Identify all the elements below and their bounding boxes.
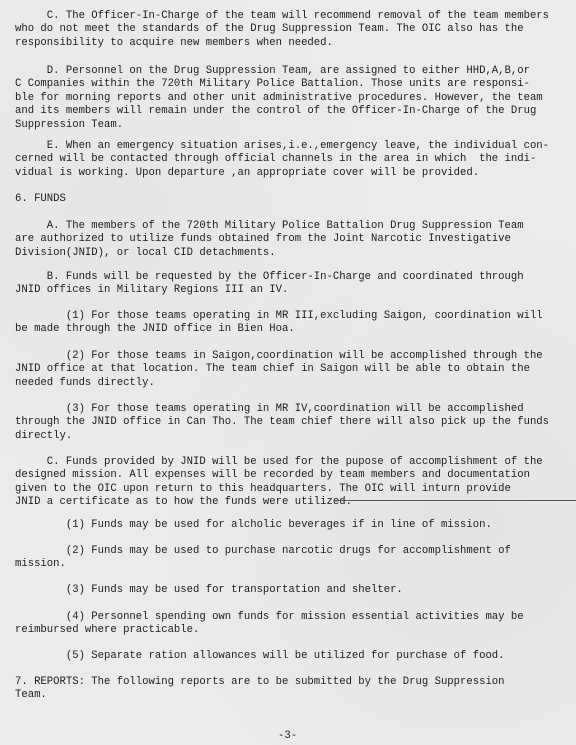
paragraph-6c: C. Funds provided by JNID will be used f…	[15, 456, 560, 510]
text-line: who do not meet the standards of the Dru…	[15, 23, 560, 36]
text-line: JNID a certificate as to how the funds w…	[15, 496, 560, 509]
section-heading: 6. FUNDS	[15, 193, 560, 206]
text-line: are authorized to utilize funds obtained…	[15, 233, 560, 246]
text-line: A. The members of the 720th Military Pol…	[15, 220, 560, 233]
text-line: (3) Funds may be used for transportation…	[15, 584, 560, 597]
paragraph-5c: C. The Officer-In-Charge of the team wil…	[15, 10, 560, 50]
text-line: E. When an emergency situation arises,i.…	[15, 140, 560, 153]
paragraph-6a: A. The members of the 720th Military Pol…	[15, 220, 560, 260]
text-line: directly.	[15, 430, 560, 443]
page-number: -3-	[278, 730, 297, 743]
text-line: reimbursed where practicable.	[15, 624, 560, 637]
text-line: C. Funds provided by JNID will be used f…	[15, 456, 560, 469]
text-line: through the JNID office in Can Tho. The …	[15, 416, 560, 429]
text-line: C Companies within the 720th Military Po…	[15, 78, 560, 91]
text-line: C. The Officer-In-Charge of the team wil…	[15, 10, 560, 23]
paragraph-6c5: (5) Separate ration allowances will be u…	[15, 650, 560, 663]
text-line: B. Funds will be requested by the Office…	[15, 271, 560, 284]
paragraph-6b1: (1) For those teams operating in MR III,…	[15, 310, 560, 337]
text-line: mission.	[15, 558, 560, 571]
document-page: C. The Officer-In-Charge of the team wil…	[0, 0, 576, 745]
text-line: (1) For those teams operating in MR III,…	[15, 310, 560, 323]
text-line: needed funds directly.	[15, 377, 560, 390]
paragraph-6c4: (4) Personnel spending own funds for mis…	[15, 611, 560, 638]
paragraph-7: 7. REPORTS: The following reports are to…	[15, 676, 560, 703]
text-line: given to the OIC upon return to this hea…	[15, 483, 560, 496]
text-line: Division(JNID), or local CID detachments…	[15, 247, 560, 260]
text-line: Team.	[15, 689, 560, 702]
text-line: be made through the JNID office in Bien …	[15, 323, 560, 336]
text-line: vidual is working. Upon departure ,an ap…	[15, 167, 560, 180]
section-heading-funds: 6. FUNDS	[15, 193, 560, 206]
underline-rule	[335, 500, 576, 501]
text-line: Suppression Team.	[15, 119, 560, 132]
text-line: designed mission. All expenses will be r…	[15, 469, 560, 482]
text-line: (5) Separate ration allowances will be u…	[15, 650, 560, 663]
text-line: responsibility to acquire new members wh…	[15, 37, 560, 50]
paragraph-6c1: (1) Funds may be used for alcholic bever…	[15, 519, 560, 532]
paragraph-6b2: (2) For those teams in Saigon,coordinati…	[15, 350, 560, 390]
paragraph-6c3: (3) Funds may be used for transportation…	[15, 584, 560, 597]
text-line: and its members will remain under the co…	[15, 105, 560, 118]
paragraph-6b3: (3) For those teams operating in MR IV,c…	[15, 403, 560, 443]
text-line: (2) Funds may be used to purchase narcot…	[15, 545, 560, 558]
text-line: JNID offices in Military Regions III an …	[15, 284, 560, 297]
text-line: D. Personnel on the Drug Suppression Tea…	[15, 65, 560, 78]
paragraph-5e: E. When an emergency situation arises,i.…	[15, 140, 560, 180]
paragraph-5d: D. Personnel on the Drug Suppression Tea…	[15, 65, 560, 132]
text-line: 7. REPORTS: The following reports are to…	[15, 676, 560, 689]
text-line: (4) Personnel spending own funds for mis…	[15, 611, 560, 624]
text-line: JNID office at that location. The team c…	[15, 363, 560, 376]
text-line: (2) For those teams in Saigon,coordinati…	[15, 350, 560, 363]
text-line: cerned will be contacted through officia…	[15, 153, 560, 166]
paragraph-6b: B. Funds will be requested by the Office…	[15, 271, 560, 298]
text-line: ble for morning reports and other unit a…	[15, 92, 560, 105]
paragraph-6c2: (2) Funds may be used to purchase narcot…	[15, 545, 560, 572]
text-line: (3) For those teams operating in MR IV,c…	[15, 403, 560, 416]
text-line: (1) Funds may be used for alcholic bever…	[15, 519, 560, 532]
